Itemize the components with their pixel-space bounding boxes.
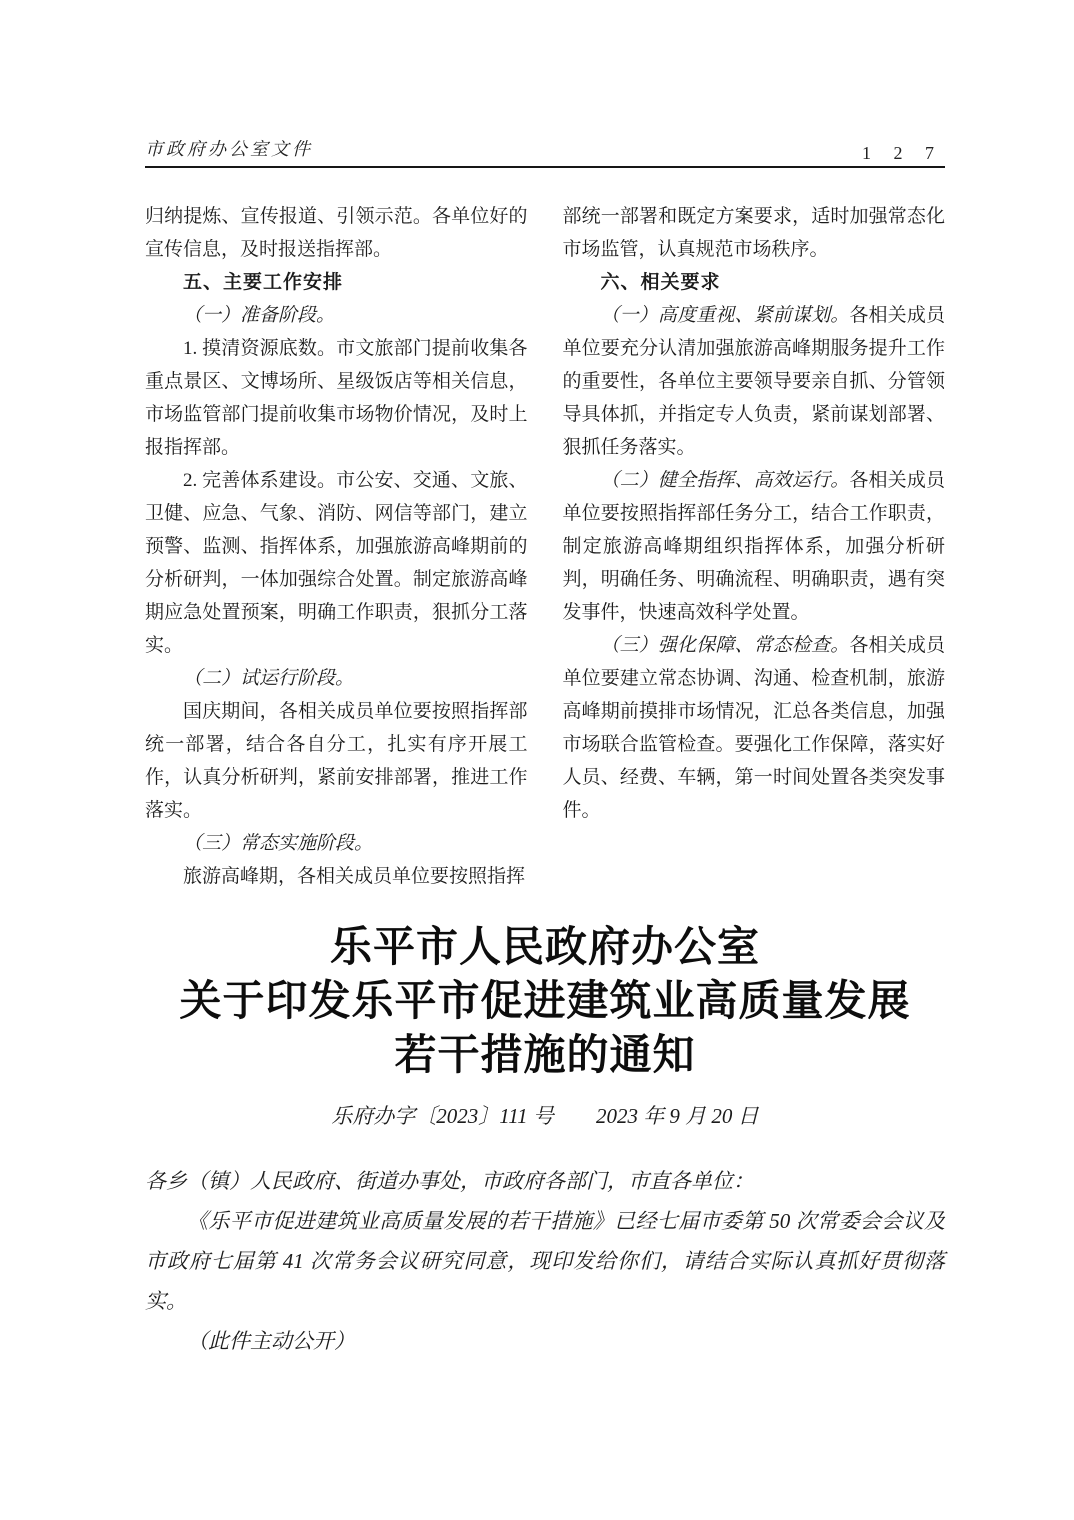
paragraph: 部统一部署和既定方案要求，适时加强常态化市场监管，认真规范市场秩序。 — [563, 200, 946, 266]
article-column-right: 部统一部署和既定方案要求，适时加强常态化市场监管，认真规范市场秩序。六、相关要求… — [563, 200, 946, 893]
notice-title-line: 关于印发乐平市促进建筑业高质量发展 — [145, 975, 945, 1029]
doc-number: 乐府办字〔2023〕111 号 — [331, 1104, 554, 1128]
paragraph: （二）健全指挥、高效运行。各相关成员单位要按照指挥部任务分工，结合工作职责，制定… — [563, 464, 946, 629]
paragraph: （三）强化保障、常态检查。各相关成员单位要建立常态协调、沟通、检查机制，旅游高峰… — [563, 629, 946, 827]
article-columns: 归纳提炼、宣传报道、引领示范。各单位好的宣传信息，及时报送指挥部。五、主要工作安… — [145, 200, 945, 893]
notice-title-line: 若干措施的通知 — [145, 1029, 945, 1083]
paragraph-lead: （一）高度重视、紧前谋划。 — [601, 305, 850, 326]
paragraph: 归纳提炼、宣传报道、引领示范。各单位好的宣传信息，及时报送指挥部。 — [145, 200, 528, 266]
paragraph: （一）高度重视、紧前谋划。各相关成员单位要充分认清加强旅游高峰期服务提升工作的重… — [563, 299, 946, 464]
notice-title: 乐平市人民政府办公室关于印发乐平市促进建筑业高质量发展若干措施的通知 — [145, 921, 945, 1083]
paragraph: 国庆期间，各相关成员单位要按照指挥部统一部署，结合各自分工，扎实有序开展工作，认… — [145, 695, 528, 827]
paragraph: 旅游高峰期，各相关成员单位要按照指挥 — [145, 860, 528, 893]
notice-title-line: 乐平市人民政府办公室 — [145, 921, 945, 975]
doc-date: 2023 年 9 月 20 日 — [596, 1104, 759, 1128]
paragraph: 1. 摸清资源底数。市文旅部门提前收集各重点景区、文博场所、星级饭店等相关信息，… — [145, 332, 528, 464]
paragraph: （三）常态实施阶段。 — [145, 827, 528, 860]
notice-paragraph: 《乐平市促进建筑业高质量发展的若干措施》已经七届市委第 50 次常委会会议及市政… — [145, 1201, 945, 1321]
page-content: 市政府办公室文件 1 2 7 归纳提炼、宣传报道、引领示范。各单位好的宣传信息，… — [145, 126, 945, 1361]
section-heading: 六、相关要求 — [563, 266, 946, 299]
paragraph-lead: （三）强化保障、常态检查。 — [601, 635, 850, 656]
notice-salutation: 各乡（镇）人民政府、街道办事处，市政府各部门，市直各单位： — [145, 1161, 945, 1201]
page-header: 市政府办公室文件 1 2 7 — [145, 126, 945, 168]
paragraph-lead: （二）健全指挥、高效运行。 — [601, 470, 850, 491]
header-doc-label: 市政府办公室文件 — [145, 135, 313, 161]
publicity-note: （此件主动公开） — [145, 1321, 945, 1361]
doc-number-line: 乐府办字〔2023〕111 号2023 年 9 月 20 日 — [145, 1100, 945, 1130]
paragraph: （一）准备阶段。 — [145, 299, 528, 332]
article-column-left: 归纳提炼、宣传报道、引领示范。各单位好的宣传信息，及时报送指挥部。五、主要工作安… — [145, 200, 528, 893]
paragraph: 2. 完善体系建设。市公安、交通、文旅、卫健、应急、气象、消防、网信等部门，建立… — [145, 464, 528, 662]
paragraph: （二）试运行阶段。 — [145, 662, 528, 695]
section-heading: 五、主要工作安排 — [145, 266, 528, 299]
document-page: 市政府办公室文件 1 2 7 归纳提炼、宣传报道、引领示范。各单位好的宣传信息，… — [0, 0, 1074, 1520]
notice-body: 各乡（镇）人民政府、街道办事处，市政府各部门，市直各单位： 《乐平市促进建筑业高… — [145, 1161, 945, 1361]
page-number: 1 2 7 — [862, 143, 943, 164]
